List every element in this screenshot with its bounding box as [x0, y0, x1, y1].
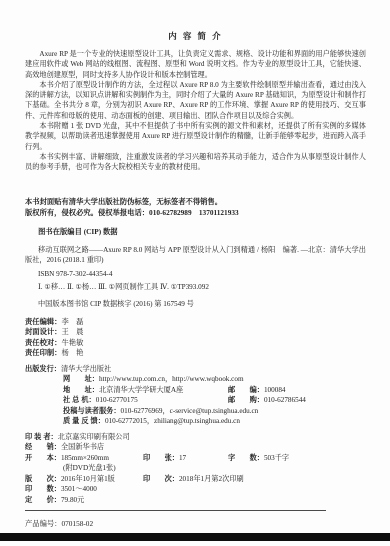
intro-paragraph: 本书实例丰富、讲解细致，注重激发读者的学习兴趣和培养其动手能力，适合作为从事原型… — [25, 152, 366, 173]
cip-registry-line: 中国版本图书馆 CIP 数据核字 (2016) 第 167549 号 — [25, 299, 366, 309]
dvd-note: (附DVD光盘1张) — [25, 463, 366, 474]
staff-label: 责任编辑： — [25, 317, 61, 326]
distributor-label: 经 销： — [25, 442, 61, 451]
publisher-label: 出版发行： — [25, 364, 61, 373]
price-line: 定 价：79.80元 — [25, 495, 366, 506]
cip-header: 图书在版编目 (CIP) 数据 — [25, 227, 366, 237]
switchboard-label: 社 总 机： — [63, 395, 96, 404]
staff-list: 责任编辑：李 磊 封面设计：王 晨 责任校对：牛艳敏 责任印制：杨 艳 — [25, 317, 366, 359]
legal-notice: 本书封面贴有清华大学出版社防伪标签，无标签者不得销售。 版权所有，侵权必究。侵权… — [25, 196, 366, 219]
mail-order-value: 010-62786544 — [264, 396, 306, 404]
staff-name: 李 磊 — [61, 317, 83, 326]
classification-line: Ⅰ. ①移… Ⅱ. ①杨… Ⅲ. ①网页制作工具 Ⅳ. ①TP393.092 — [25, 282, 366, 292]
cip-record: 移动互联网之路——Axure RP 8.0 网站与 APP 原型设计从入门到精通… — [25, 245, 366, 266]
word-count-item: 字 数：503千字 — [228, 453, 289, 464]
print-run-label: 印 数： — [25, 484, 61, 493]
divider-rule — [25, 510, 326, 511]
format-value: 185mm×260mm — [61, 454, 109, 462]
printing-block: 印 装 者：北京嘉实印刷有限公司 经 销：全国新华书店 开 本：185mm×26… — [25, 432, 366, 506]
reader-service-line: 投稿与读者服务：010-62776969，c-service@tup.tsing… — [25, 406, 366, 417]
printer-line: 印 装 者：北京嘉实印刷有限公司 — [25, 432, 366, 443]
staff-name: 牛艳敏 — [61, 338, 83, 347]
staff-label: 责任校对： — [25, 338, 61, 347]
page-content: 内 容 简 介 Axure RP 是一个专业的快速原型设计工具，让负责定义需求、… — [25, 0, 366, 529]
publisher-block: 出版发行：清华大学出版社 网 址：http://www.tup.com.cn，h… — [25, 364, 366, 427]
switchboard-value: 010-62770175 — [96, 396, 138, 404]
edition-line: 版 次：2016年10月第1版 印 次：2018年1月第2次印刷 — [25, 474, 366, 485]
bottom-scan-bar — [0, 533, 390, 541]
format-line: 开 本：185mm×260mm 印 张：17 字 数：503千字 — [25, 453, 366, 464]
website-line: 网 址：http://www.tup.com.cn，http://www.wqb… — [25, 374, 366, 385]
content-summary: Axure RP 是一个专业的快速原型设计工具，让负责定义需求、规格、设计功能和… — [25, 49, 366, 173]
quality-feedback-value: 010-62772015，zhiliang@tup.tsinghua.edu.c… — [105, 417, 240, 425]
quality-feedback-label: 质 量 反 馈： — [63, 416, 105, 425]
page-title: 内 容 简 介 — [25, 30, 366, 42]
zip-label: 邮 编： — [228, 385, 264, 394]
print-run-value: 3501～4000 — [61, 485, 97, 493]
product-number-value: 070158-02 — [61, 519, 93, 528]
mail-order-label: 邮 购： — [228, 395, 264, 404]
copyright-notice: 版权所有，侵权必究。侵权举报电话：010-62782989 1370112193… — [25, 207, 366, 219]
product-number-line: 产品编号：070158-02 — [25, 519, 366, 529]
publisher-line: 出版发行：清华大学出版社 — [25, 364, 366, 375]
staff-label: 责任印制： — [25, 348, 61, 357]
format-label: 开 本： — [25, 453, 61, 462]
intro-paragraph: 本书介绍了原型设计制作的方法，全过程以 Axure RP 8.0 为主要软件绘制… — [25, 80, 366, 121]
edition-label: 版 次： — [25, 474, 61, 483]
printer-value: 北京嘉实印刷有限公司 — [58, 433, 130, 441]
sheets-value: 17 — [179, 454, 186, 462]
address-value: 北京清华大学学研大厦A座 — [99, 386, 183, 394]
product-number-label: 产品编号： — [25, 519, 61, 528]
address-line: 地 址：北京清华大学学研大厦A座 邮 编：100084 — [25, 385, 366, 396]
intro-paragraph: 本书附赠 1 张 DVD 光盘，其中不但提供了书中所有实例的源文件和素材，还提供… — [25, 121, 366, 152]
reader-service-value: 010-62776969，c-service@tup.tsinghua.edu.… — [121, 407, 259, 415]
distributor-value: 全国新华书店 — [61, 443, 104, 451]
staff-name: 王 晨 — [61, 327, 83, 336]
publisher-name: 清华大学出版社 — [61, 365, 111, 373]
price-label: 定 价： — [25, 495, 61, 504]
switchboard-line: 社 总 机：010-62770175 邮 购：010-62786544 — [25, 395, 366, 406]
anti-piracy-notice: 本书封面贴有清华大学出版社防伪标签，无标签者不得销售。 — [25, 196, 366, 208]
printer-label: 印 装 者： — [25, 432, 58, 441]
word-count-value: 503千字 — [264, 454, 289, 462]
quality-feedback-line: 质 量 反 馈：010-62772015，zhiliang@tup.tsingh… — [25, 416, 366, 427]
staff-name: 杨 艳 — [61, 348, 83, 357]
reader-service-label: 投稿与读者服务： — [63, 406, 121, 415]
zip-item: 邮 编：100084 — [228, 385, 286, 396]
staff-row-cover-design: 封面设计：王 晨 — [25, 327, 366, 338]
book-copyright-page: 内 容 简 介 Axure RP 是一个专业的快速原型设计工具，让负责定义需求、… — [0, 0, 390, 546]
isbn-line: ISBN 978-7-302-44354-4 — [25, 270, 366, 278]
edition-value: 2016年10月第1版 — [61, 475, 115, 483]
price-value: 79.80元 — [61, 496, 84, 504]
staff-label: 封面设计： — [25, 327, 61, 336]
website-value: http://www.tup.com.cn，http://www.wqbook.… — [99, 375, 244, 383]
word-count-label: 字 数： — [228, 453, 264, 462]
print-run-line: 印 数：3501～4000 — [25, 484, 366, 495]
intro-paragraph: Axure RP 是一个专业的快速原型设计工具，让负责定义需求、规格、设计功能和… — [25, 49, 366, 80]
sheets-item: 印 张：17 — [143, 453, 186, 464]
staff-row-editor: 责任编辑：李 磊 — [25, 317, 366, 328]
website-label: 网 址： — [63, 374, 99, 383]
impression-label: 印 次： — [143, 474, 179, 483]
zip-value: 100084 — [264, 386, 286, 394]
distributor-line: 经 销：全国新华书店 — [25, 442, 366, 453]
impression-value: 2018年1月第2次印刷 — [179, 475, 244, 483]
staff-row-print-supervisor: 责任印制：杨 艳 — [25, 348, 366, 359]
sheets-label: 印 张： — [143, 453, 179, 462]
address-label: 地 址： — [63, 385, 99, 394]
impression-item: 印 次：2018年1月第2次印刷 — [143, 474, 244, 485]
mail-order-item: 邮 购：010-62786544 — [228, 395, 306, 406]
staff-row-proofreader: 责任校对：牛艳敏 — [25, 338, 366, 349]
